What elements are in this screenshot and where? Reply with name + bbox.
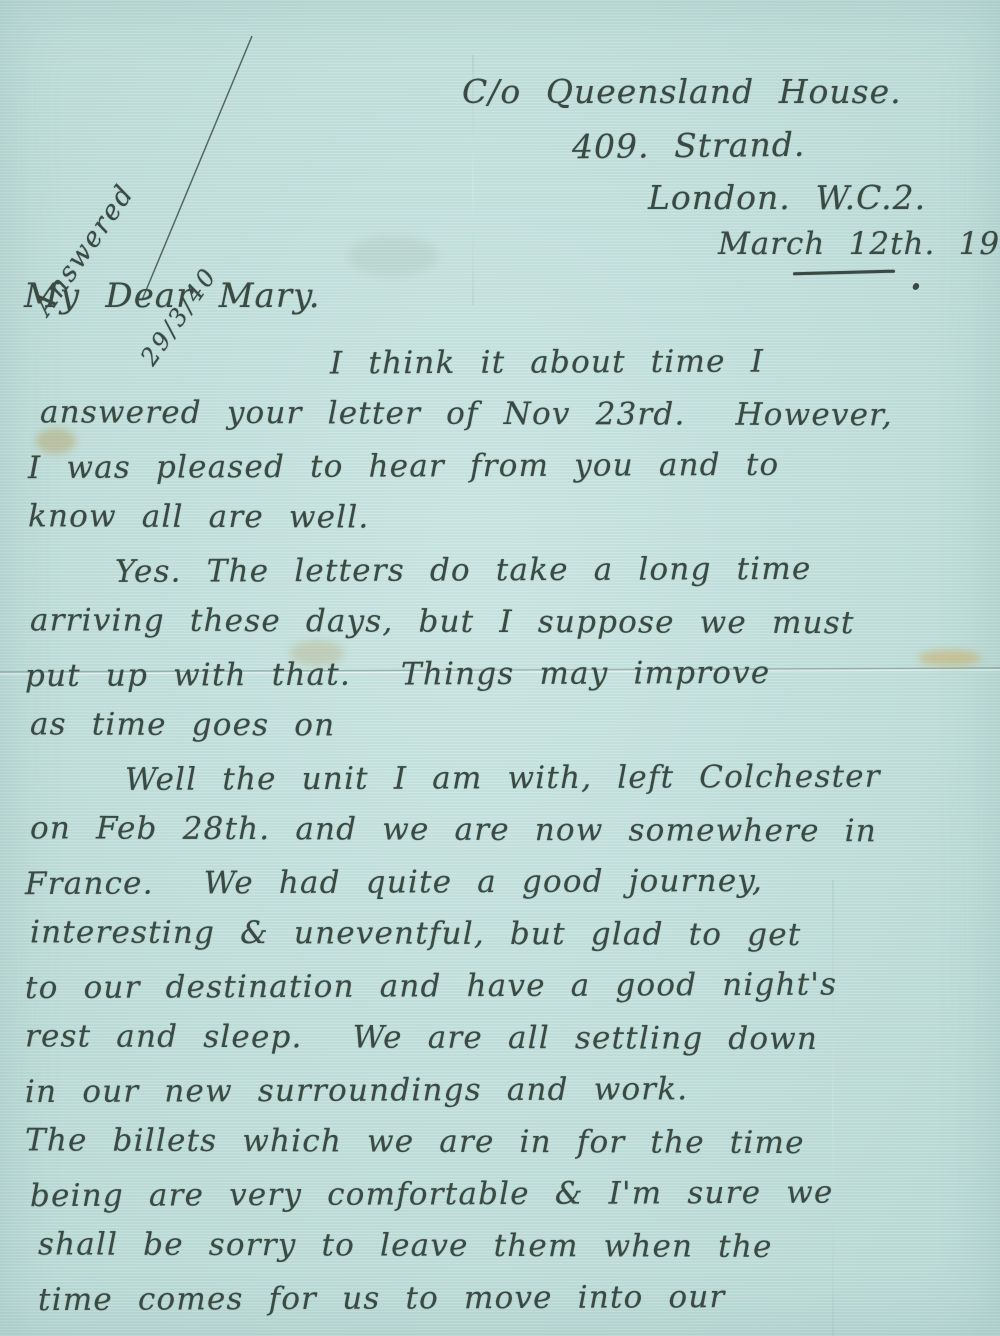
handwritten-line: France. We had quite a good journey,	[25, 854, 990, 910]
handwritten-line: know all are well.	[28, 490, 990, 545]
annotation-word: Answered	[0, 136, 172, 363]
handwritten-line: in our new surroundings and work.	[25, 1062, 990, 1118]
handwritten-line: being are very comfortable & I'm sure we	[30, 1166, 990, 1222]
handwritten-line: arriving these days, but I suppose we mu…	[30, 594, 990, 649]
letter-page: Answered 29/3/40 C/o Queensland House. 4…	[0, 0, 1000, 1336]
handwritten-line: as time goes on	[30, 698, 990, 753]
handwritten-line: interesting & uneventful, but glad to ge…	[30, 906, 990, 961]
handwritten-line: Well the unit I am with, left Colchester	[125, 750, 990, 806]
address-line-3: London. W.C.2.	[648, 178, 926, 217]
handwritten-line: to our destination and have a good night…	[25, 958, 990, 1014]
handwritten-line: I was pleased to hear from you and to	[28, 438, 990, 494]
address-line-2: 409. Strand.	[572, 125, 806, 166]
date-line: March 12th. 1940.	[718, 226, 1000, 262]
handwritten-line: rest and sleep. We are all settling down	[25, 1010, 990, 1065]
address-line-1: C/o Queensland House.	[462, 72, 902, 111]
letter-body: I think it about time I answered your le…	[25, 336, 990, 1324]
salutation: My Dear Mary.	[24, 276, 321, 316]
handwritten-line: shall be sorry to leave them when the	[38, 1218, 990, 1273]
handwritten-line: on Feb 28th. and we are now somewhere in	[30, 802, 990, 857]
date-underline	[793, 270, 895, 276]
ink-dot	[912, 282, 920, 291]
handwritten-line: time comes for us to move into our	[38, 1270, 990, 1326]
handwritten-line: put up with that. Things may improve	[25, 646, 990, 702]
handwritten-line: The billets which we are in for the time	[25, 1114, 990, 1169]
handwritten-line: answered your letter of Nov 23rd. Howeve…	[40, 386, 990, 441]
handwritten-line: I think it about time I	[330, 335, 990, 390]
paper-smudge	[348, 236, 438, 276]
handwritten-line: Yes. The letters do take a long time	[115, 542, 990, 598]
